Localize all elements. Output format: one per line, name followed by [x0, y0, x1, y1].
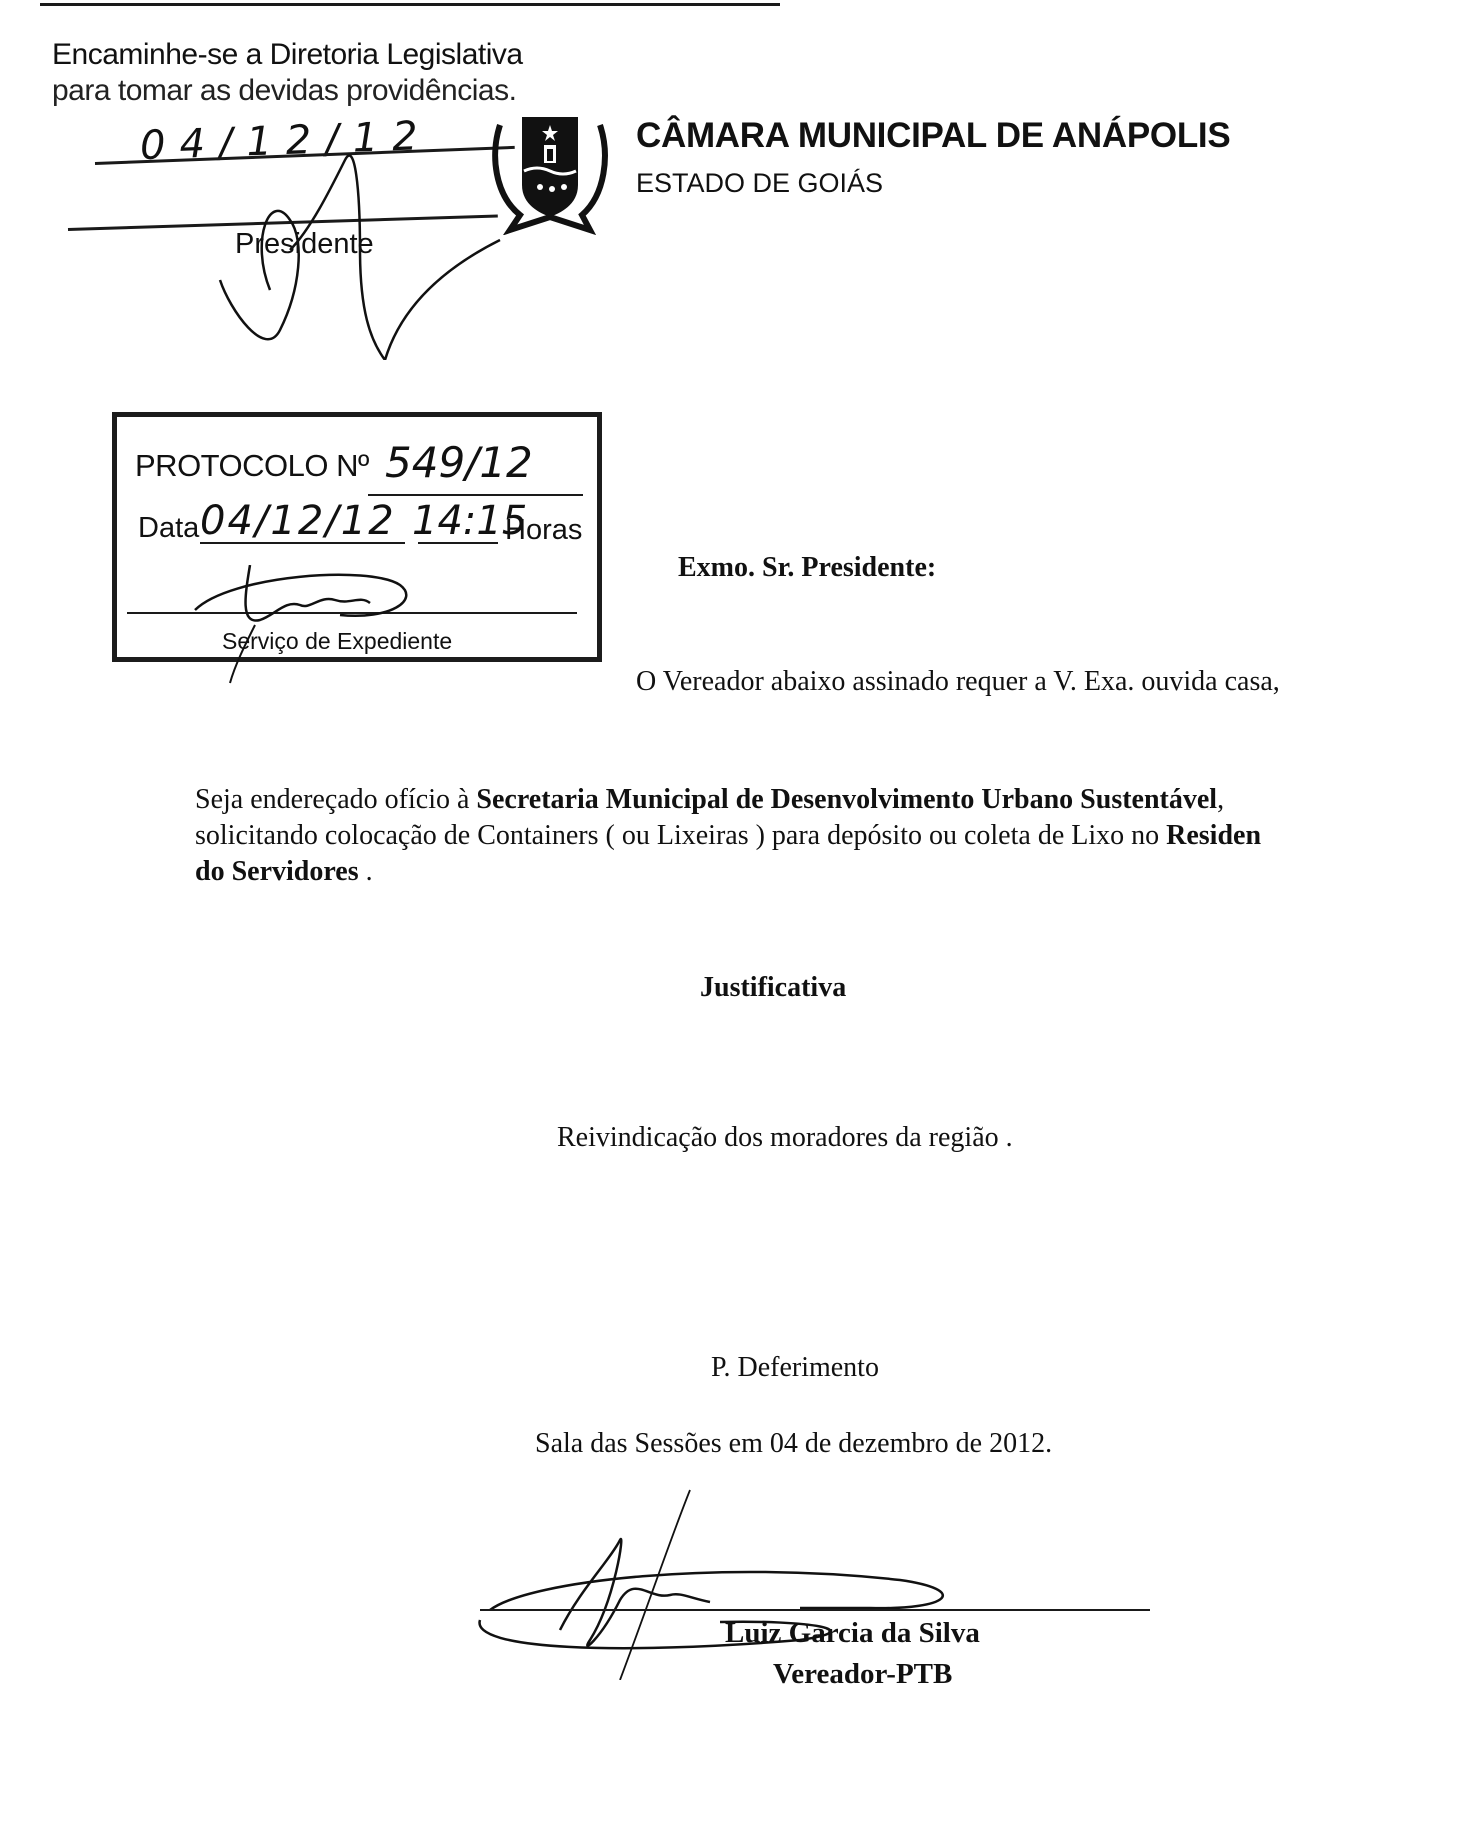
body-text: Seja endereçado ofício à	[195, 784, 476, 815]
protocol-date-line	[200, 542, 405, 544]
letter-body: Seja endereçado ofício à Secretaria Muni…	[195, 782, 1472, 890]
protocol-number-line	[368, 494, 583, 496]
president-signature	[210, 130, 510, 360]
institution-title: CÂMARA MUNICIPAL DE ANÁPOLIS	[636, 116, 1230, 156]
signature-line	[480, 1609, 1150, 1611]
letter-place-date: Sala das Sessões em 04 de dezembro de 20…	[535, 1428, 1052, 1460]
signer-name: Luiz Garcia da Silva	[725, 1617, 980, 1650]
protocol-clerk-signature	[190, 565, 430, 685]
protocol-date-value: 04/12/12	[200, 498, 396, 544]
body-text: .	[359, 856, 373, 887]
dispatch-note-line2: para tomar as devidas providências.	[52, 74, 516, 108]
justification-text: Reivindicação dos moradores da região .	[557, 1122, 1013, 1154]
protocol-date-label: Data	[138, 512, 199, 545]
top-rule	[40, 3, 780, 6]
protocol-service-label: Serviço de Expediente	[222, 628, 452, 655]
signer-role: Vereador-PTB	[773, 1658, 952, 1691]
body-text-bold-location: Residen	[1166, 820, 1261, 851]
body-text: solicitando colocação de Containers ( ou…	[195, 820, 1166, 851]
protocol-hours-label: Horas	[505, 514, 582, 547]
letter-closing: P. Deferimento	[711, 1352, 879, 1384]
letter-body-line: Seja endereçado ofício à Secretaria Muni…	[195, 782, 1472, 818]
councilor-signature	[470, 1480, 1010, 1680]
letter-opening: O Vereador abaixo assinado requer a V. E…	[636, 666, 1280, 698]
justification-heading: Justificativa	[700, 972, 846, 1004]
letter-body-line: solicitando colocação de Containers ( ou…	[195, 818, 1472, 854]
body-text: ,	[1217, 784, 1224, 815]
protocol-label: PROTOCOLO Nº	[135, 448, 369, 484]
municipal-coat-of-arms-icon	[490, 105, 610, 235]
protocol-number: 549/12	[385, 438, 533, 487]
protocol-time-line	[418, 542, 498, 544]
body-text-bold-location: do Servidores	[195, 856, 359, 887]
letter-body-line: do Servidores .	[195, 854, 1472, 890]
body-text-bold-recipient: Secretaria Municipal de Desenvolvimento …	[476, 784, 1217, 815]
letter-salutation: Exmo. Sr. Presidente:	[678, 552, 936, 584]
institution-subtitle: ESTADO DE GOIÁS	[636, 168, 883, 199]
dispatch-note-line1: Encaminhe-se a Diretoria Legislativa	[52, 38, 523, 72]
